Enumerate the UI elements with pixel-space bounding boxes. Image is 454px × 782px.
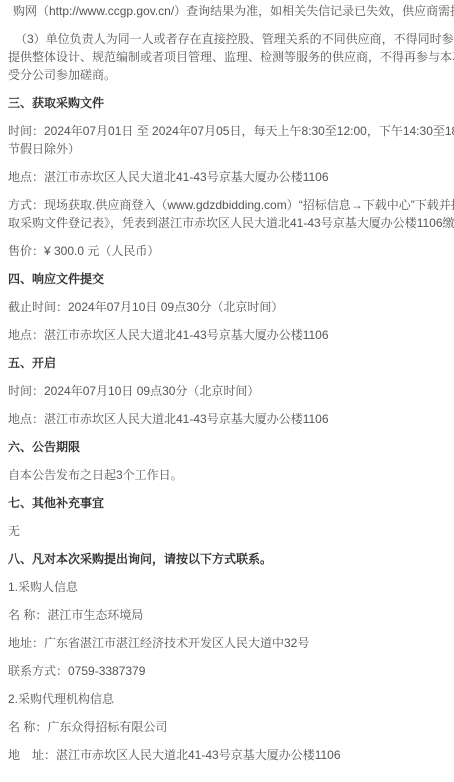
text-line: 地 址：湛江市赤坎区人民大道北41-43号京基大厦办公楼1106 (8, 746, 448, 764)
paragraph: 时间：2024年07月01日 至 2024年07月05日，每天上午8:30至12… (8, 122, 448, 158)
text-line: （3）单位负责人为同一人或者存在直接控股、管理关系的不同供应商，不得同时参加本采… (8, 30, 448, 48)
text-line: 时间：2024年07月10日 09点30分（北京时间） (8, 382, 448, 400)
paragraph: 截止时间：2024年07月10日 09点30分（北京时间） (8, 298, 448, 316)
text-line: 地址：广东省湛江市湛江经济技术开发区人民大道中32号 (8, 634, 448, 652)
procurement-notice-content: 购网（http://www.ccgp.gov.cn/）查询结果为准，如相关失信记… (0, 0, 454, 764)
paragraph: 地址：广东省湛江市湛江经济技术开发区人民大道中32号 (8, 634, 448, 652)
text-line: 取采购文件登记表》，凭表到湛江市赤坎区人民大道北41-43号京基大厦办公楼110… (8, 214, 448, 232)
text-line: 六、公告期限 (8, 438, 448, 456)
paragraph: （3）单位负责人为同一人或者存在直接控股、管理关系的不同供应商，不得同时参加本采… (8, 30, 448, 84)
section-heading: 六、公告期限 (8, 438, 448, 456)
text-line: 购网（http://www.ccgp.gov.cn/）查询结果为准，如相关失信记… (8, 2, 448, 20)
text-line: 2.采购代理机构信息 (8, 690, 448, 708)
text-line: 无 (8, 522, 448, 540)
text-line: 售价：¥ 300.0 元（人民币） (8, 242, 448, 260)
paragraph: 自本公告发布之日起3个工作日。 (8, 466, 448, 484)
text-line: 时间：2024年07月01日 至 2024年07月05日，每天上午8:30至12… (8, 122, 448, 140)
section-heading: 四、响应文件提交 (8, 270, 448, 288)
paragraph: 1.采购人信息 (8, 578, 448, 596)
section-heading: 八、凡对本次采购提出询问，请按以下方式联系。 (8, 550, 448, 568)
text-line: 地点：湛江市赤坎区人民大道北41-43号京基大厦办公楼1106 (8, 410, 448, 428)
paragraph: 时间：2024年07月10日 09点30分（北京时间） (8, 382, 448, 400)
text-line: 地点：湛江市赤坎区人民大道北41-43号京基大厦办公楼1106 (8, 168, 448, 186)
paragraph: 地 址：湛江市赤坎区人民大道北41-43号京基大厦办公楼1106 (8, 746, 448, 764)
section-heading: 三、获取采购文件 (8, 94, 448, 112)
paragraph: 地点：湛江市赤坎区人民大道北41-43号京基大厦办公楼1106 (8, 326, 448, 344)
text-line: 名 称：湛江市生态环境局 (8, 606, 448, 624)
paragraph: 名 称：湛江市生态环境局 (8, 606, 448, 624)
paragraph: 地点：湛江市赤坎区人民大道北41-43号京基大厦办公楼1106 (8, 168, 448, 186)
text-line: 自本公告发布之日起3个工作日。 (8, 466, 448, 484)
text-line: 四、响应文件提交 (8, 270, 448, 288)
paragraph: 购网（http://www.ccgp.gov.cn/）查询结果为准，如相关失信记… (8, 2, 448, 20)
section-heading: 七、其他补充事宜 (8, 494, 448, 512)
text-line: 三、获取采购文件 (8, 94, 448, 112)
paragraph: 地点：湛江市赤坎区人民大道北41-43号京基大厦办公楼1106 (8, 410, 448, 428)
text-line: 名 称：广东众得招标有限公司 (8, 718, 448, 736)
text-line: 八、凡对本次采购提出询问，请按以下方式联系。 (8, 550, 448, 568)
text-line: 地点：湛江市赤坎区人民大道北41-43号京基大厦办公楼1106 (8, 326, 448, 344)
text-line: 七、其他补充事宜 (8, 494, 448, 512)
paragraph: 联系方式：0759-3387379 (8, 662, 448, 680)
text-line: 1.采购人信息 (8, 578, 448, 596)
text-line: 五、开启 (8, 354, 448, 372)
paragraph: 名 称：广东众得招标有限公司 (8, 718, 448, 736)
text-line: 联系方式：0759-3387379 (8, 662, 448, 680)
text-line: 提供整体设计、规范编制或者项目管理、监理、检测等服务的供应商，不得再参与本项目响… (8, 48, 448, 66)
text-line: 受分公司参加磋商。 (8, 66, 448, 84)
paragraph: 售价：¥ 300.0 元（人民币） (8, 242, 448, 260)
paragraph: 方式：现场获取.供应商登入（www.gdzdbidding.com）“招标信息→… (8, 196, 448, 232)
announcement-document: 购网（http://www.ccgp.gov.cn/）查询结果为准，如相关失信记… (0, 0, 454, 764)
text-line: 节假日除外） (8, 140, 448, 158)
paragraph: 无 (8, 522, 448, 540)
paragraph: 2.采购代理机构信息 (8, 690, 448, 708)
text-line: 方式：现场获取.供应商登入（www.gdzdbidding.com）“招标信息→… (8, 196, 448, 214)
text-line: 截止时间：2024年07月10日 09点30分（北京时间） (8, 298, 448, 316)
section-heading: 五、开启 (8, 354, 448, 372)
